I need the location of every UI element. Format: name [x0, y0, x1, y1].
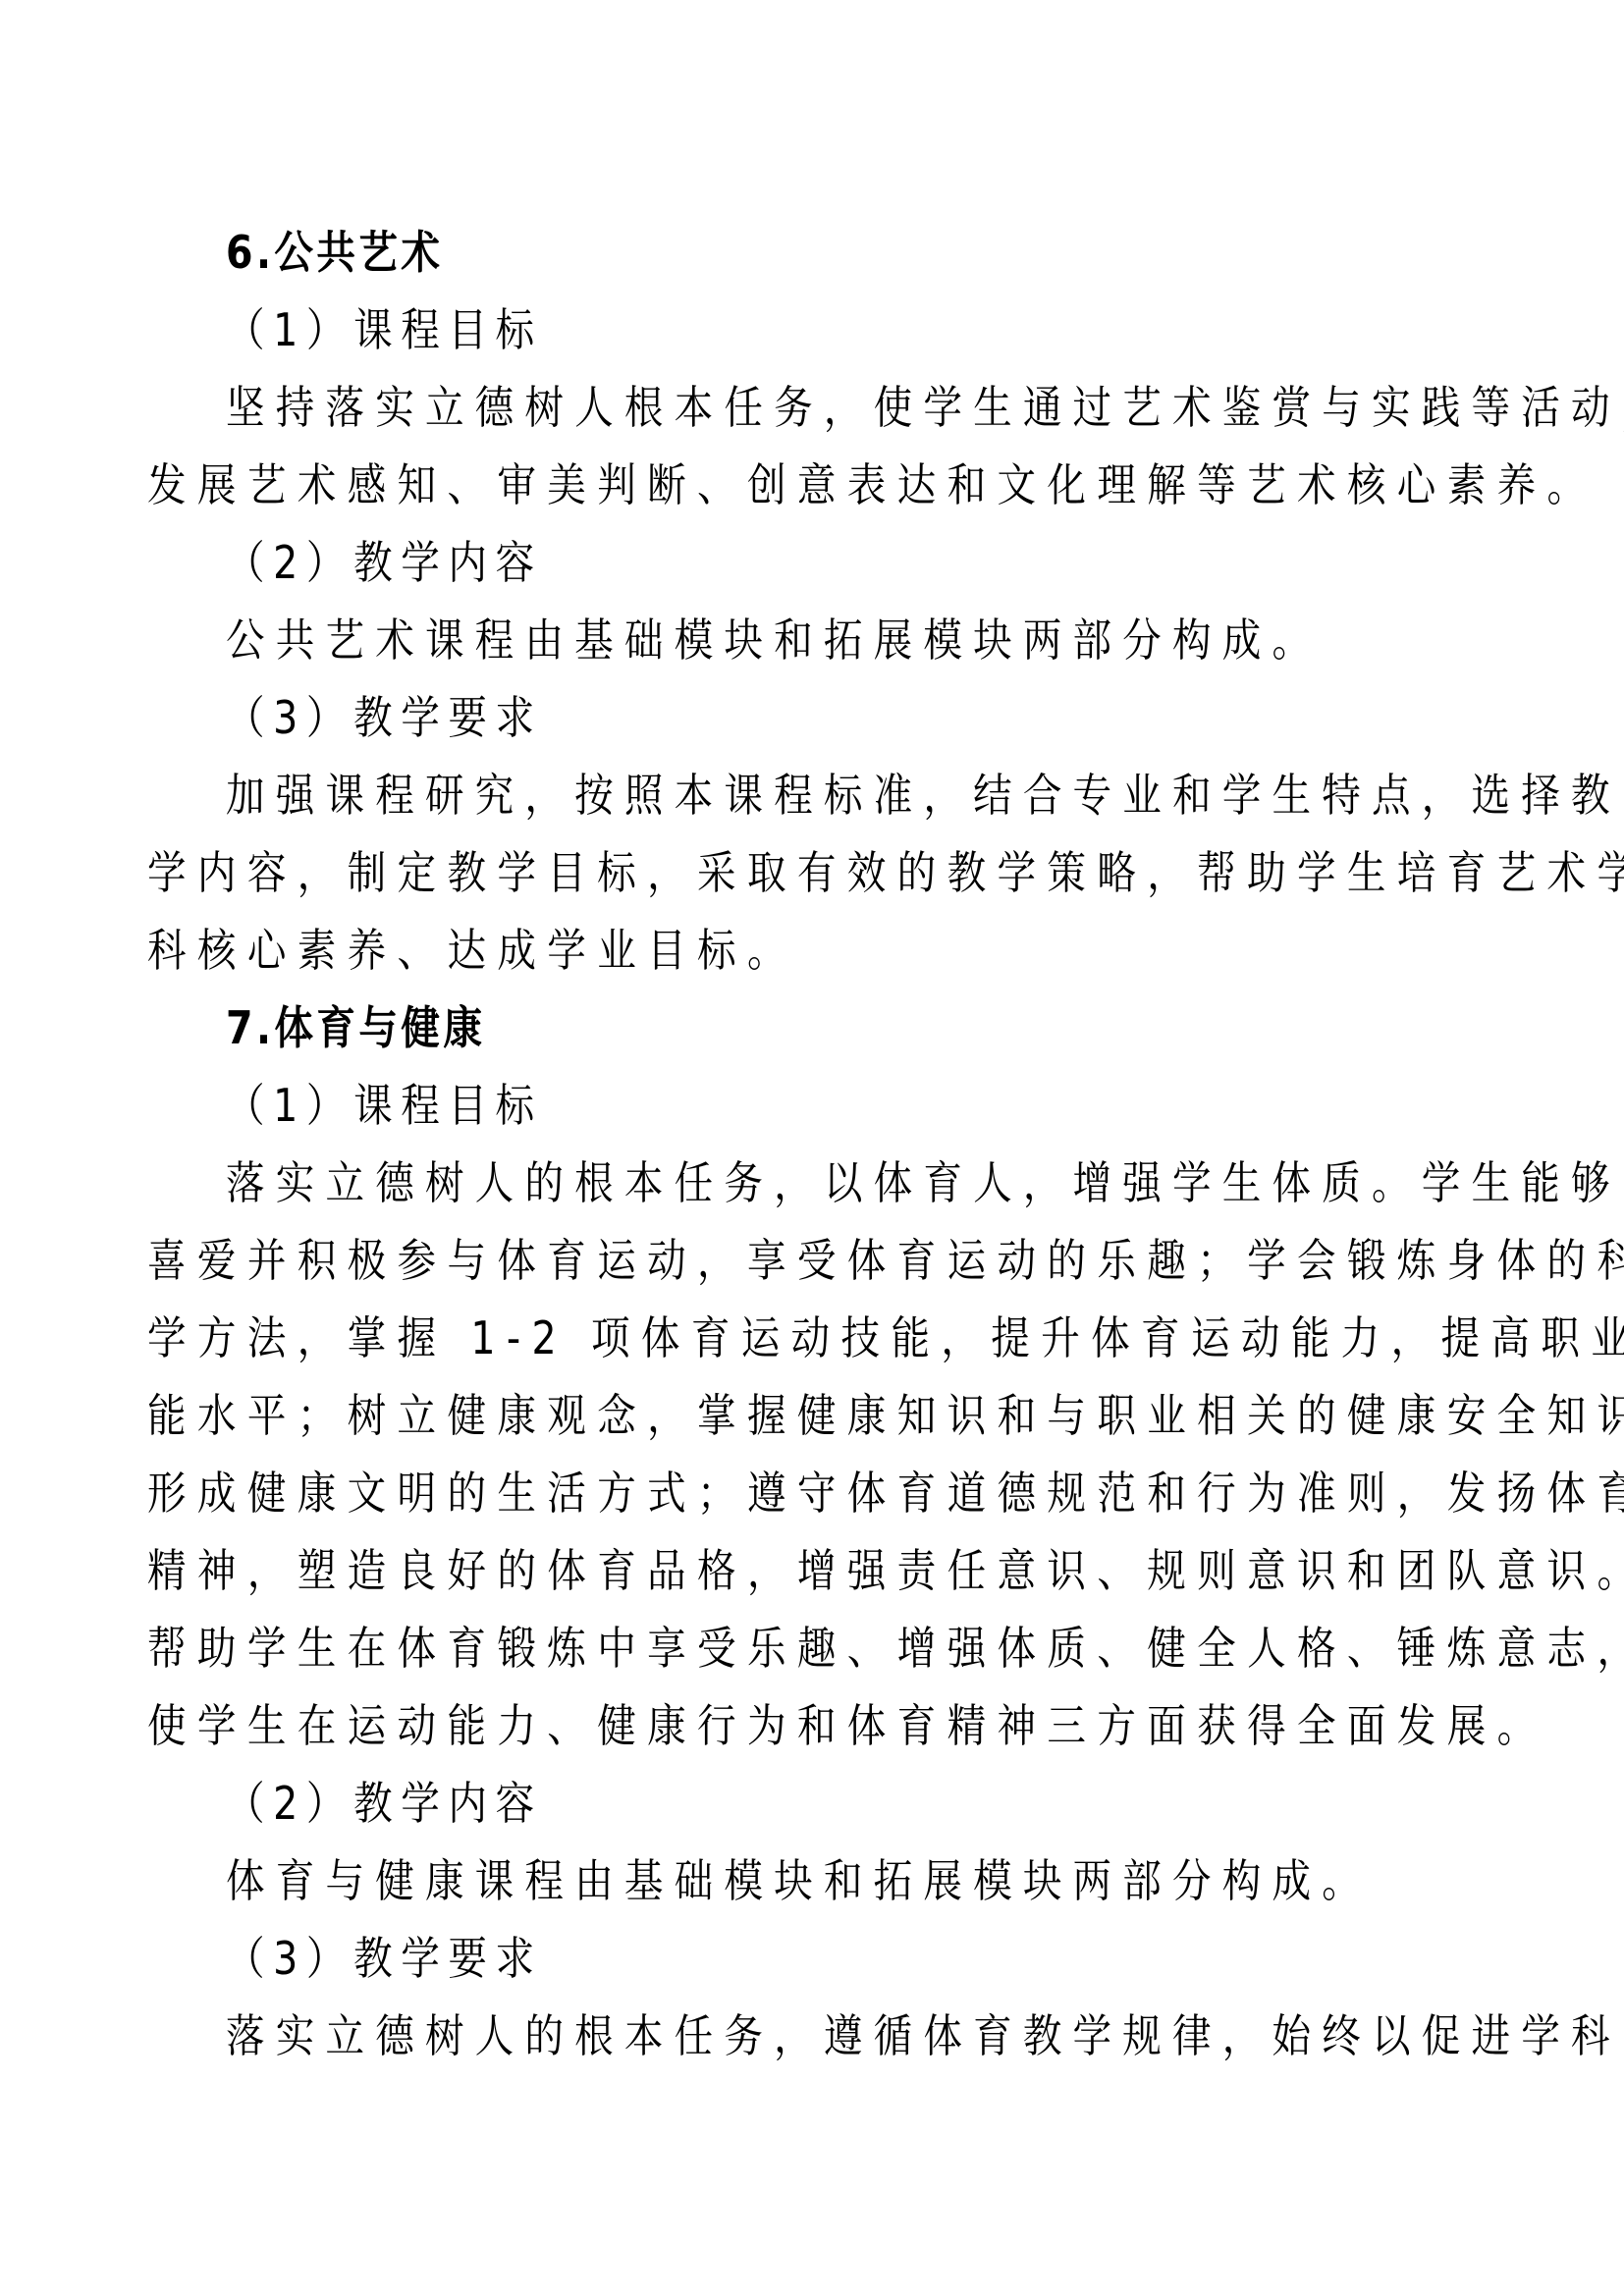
paragraph-line: 使学生在运动能力、健康行为和体育精神三方面获得全面发展。	[147, 1687, 1297, 1765]
paragraph-line: 坚持落实立德树人根本任务，使学生通过艺术鉴赏与实践等活动，	[147, 369, 1297, 447]
paragraph-line: 喜爱并积极参与体育运动，享受体育运动的乐趣；学会锻炼身体的科	[147, 1222, 1297, 1300]
subsection-title: （2）教学内容	[147, 1765, 1297, 1842]
section-heading: 7.体育与健康	[147, 989, 1297, 1067]
paragraph-line: 发展艺术感知、审美判断、创意表达和文化理解等艺术核心素养。	[147, 447, 1297, 524]
section-heading: 6.公共艺术	[147, 214, 1297, 292]
paragraph-line: 落实立德树人的根本任务，遵循体育教学规律，始终以促进学科	[147, 1998, 1297, 2075]
subsection-title: （3）教学要求	[147, 679, 1297, 757]
paragraph-line: 能水平；树立健康观念，掌握健康知识和与职业相关的健康安全知识，	[147, 1377, 1297, 1455]
subsection-title: （2）教学内容	[147, 524, 1297, 602]
subsection-title: （1）课程目标	[147, 1067, 1297, 1145]
paragraph-line: 精神，塑造良好的体育品格，增强责任意识、规则意识和团队意识。	[147, 1532, 1297, 1610]
paragraph-line: 学内容，制定教学目标，采取有效的教学策略，帮助学生培育艺术学	[147, 834, 1297, 912]
document-page: 6.公共艺术 （1）课程目标 坚持落实立德树人根本任务，使学生通过艺术鉴赏与实践…	[147, 214, 1485, 2075]
paragraph-line: 科核心素养、达成学业目标。	[147, 912, 1297, 989]
subsection-title: （1）课程目标	[147, 292, 1297, 369]
paragraph-line: 学方法，掌握 1-2 项体育运动技能，提升体育运动能力，提高职业体	[147, 1300, 1297, 1377]
paragraph-line: 体育与健康课程由基础模块和拓展模块两部分构成。	[147, 1842, 1297, 1920]
subsection-title: （3）教学要求	[147, 1920, 1297, 1998]
paragraph-line: 加强课程研究，按照本课程标准，结合专业和学生特点，选择教	[147, 757, 1297, 834]
paragraph-line: 落实立德树人的根本任务，以体育人，增强学生体质。学生能够	[147, 1145, 1297, 1222]
paragraph-line: 公共艺术课程由基础模块和拓展模块两部分构成。	[147, 602, 1297, 679]
paragraph-line: 形成健康文明的生活方式；遵守体育道德规范和行为准则，发扬体育	[147, 1455, 1297, 1532]
paragraph-line: 帮助学生在体育锻炼中享受乐趣、增强体质、健全人格、锤炼意志，	[147, 1610, 1297, 1687]
